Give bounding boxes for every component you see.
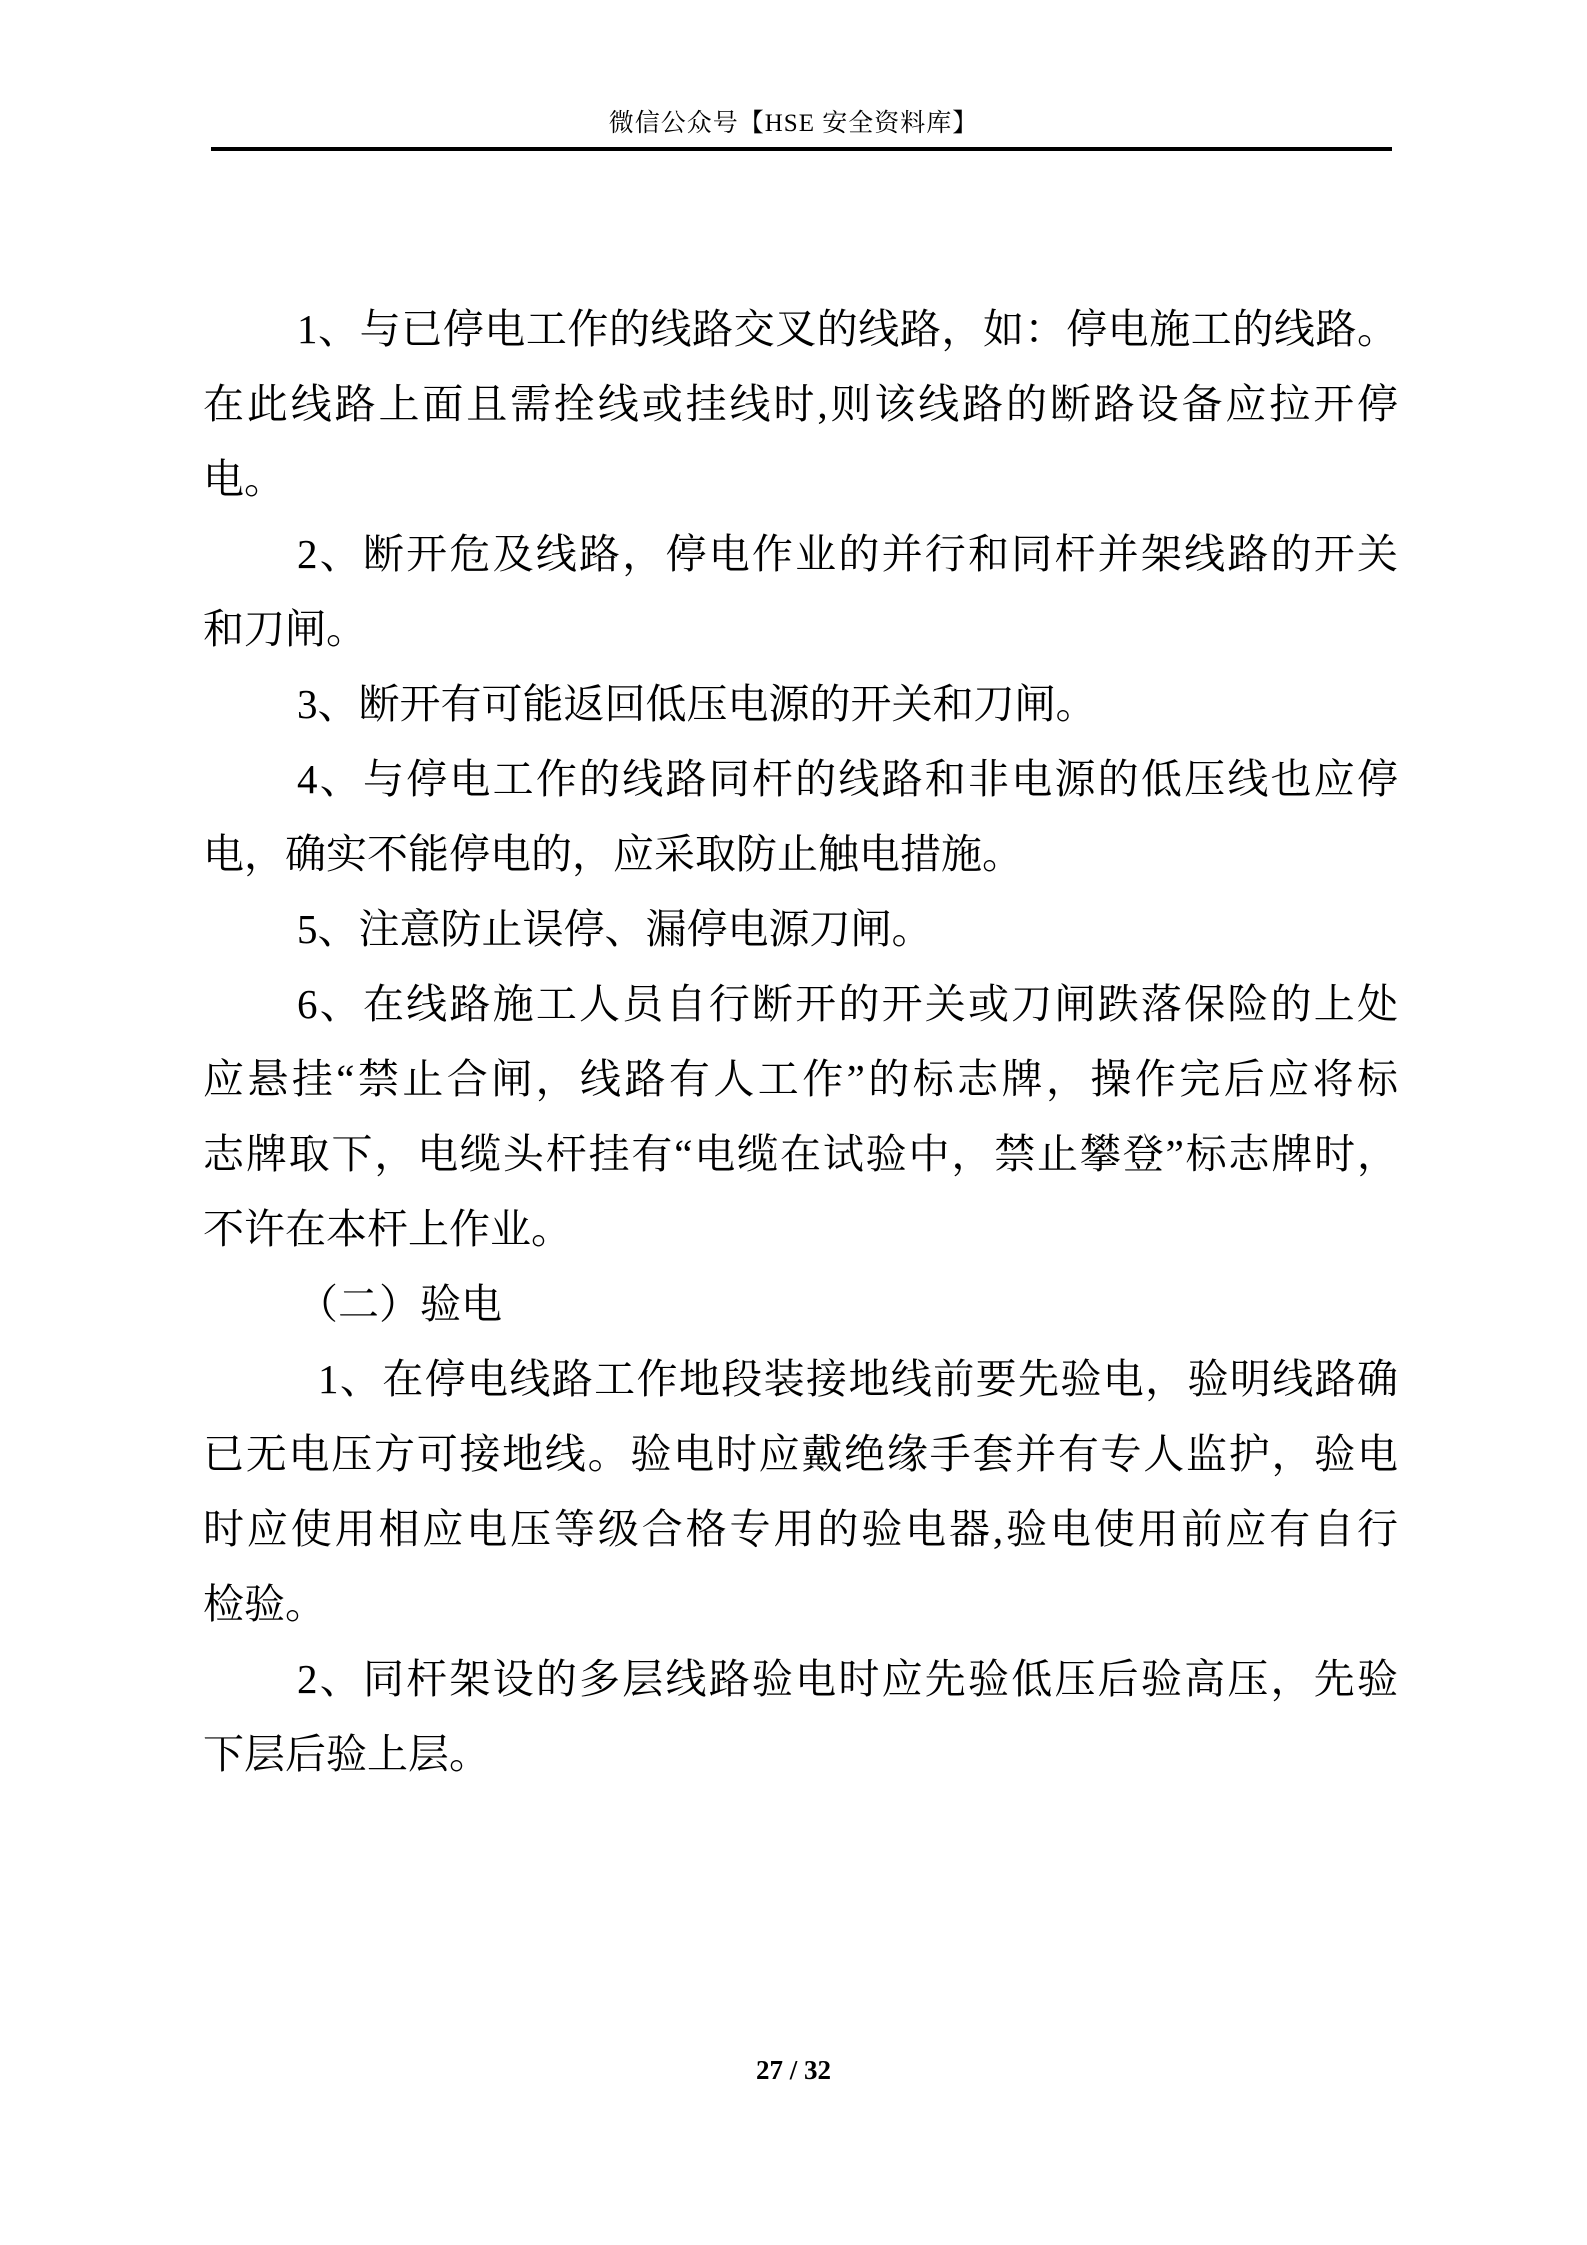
- page-header-title: 微信公众号【HSE 安全资料库】: [0, 108, 1587, 140]
- text-line: 1、在停电线路工作地段装接地线前要先验电，验明线路确: [203, 1342, 1398, 1417]
- text-line: 志牌取下，电缆头杆挂有“电缆在试验中，禁止攀登”标志牌时，: [203, 1117, 1398, 1192]
- header-divider-rule: [211, 147, 1392, 151]
- text-line: 和刀闸。: [203, 592, 1398, 667]
- document-body: 1、与已停电工作的线路交叉的线路，如：停电施工的线路。在此线路上面且需拴线或挂线…: [203, 292, 1398, 1792]
- text-line: 在此线路上面且需拴线或挂线时,则该线路的断路设备应拉开停: [203, 367, 1398, 442]
- text-line: 应悬挂“禁止合闸，线路有人工作”的标志牌，操作完后应将标: [203, 1042, 1398, 1117]
- text-line: 2、同杆架设的多层线路验电时应先验低压后验高压，先验: [203, 1642, 1398, 1717]
- text-line: 电，确实不能停电的，应采取防止触电措施。: [203, 817, 1398, 892]
- text-line: 电。: [203, 442, 1398, 517]
- text-line: 5、注意防止误停、漏停电源刀闸。: [203, 892, 1398, 967]
- text-line: （二）验电: [203, 1267, 1398, 1342]
- text-line: 时应使用相应电压等级合格专用的验电器,验电使用前应有自行: [203, 1492, 1398, 1567]
- page-number: 27 / 32: [0, 2053, 1587, 2087]
- text-line: 检验。: [203, 1567, 1398, 1642]
- text-line: 6、在线路施工人员自行断开的开关或刀闸跌落保险的上处: [203, 967, 1398, 1042]
- text-line: 1、与已停电工作的线路交叉的线路，如：停电施工的线路。: [203, 292, 1398, 367]
- text-line: 已无电压方可接地线。验电时应戴绝缘手套并有专人监护，验电: [203, 1417, 1398, 1492]
- text-line: 3、断开有可能返回低压电源的开关和刀闸。: [203, 667, 1398, 742]
- text-line: 4、与停电工作的线路同杆的线路和非电源的低压线也应停: [203, 742, 1398, 817]
- text-line: 2、断开危及线路，停电作业的并行和同杆并架线路的开关: [203, 517, 1398, 592]
- text-line: 不许在本杆上作业。: [203, 1192, 1398, 1267]
- text-line: 下层后验上层。: [203, 1717, 1398, 1792]
- document-page: 微信公众号【HSE 安全资料库】 1、与已停电工作的线路交叉的线路，如：停电施工…: [0, 0, 1587, 2245]
